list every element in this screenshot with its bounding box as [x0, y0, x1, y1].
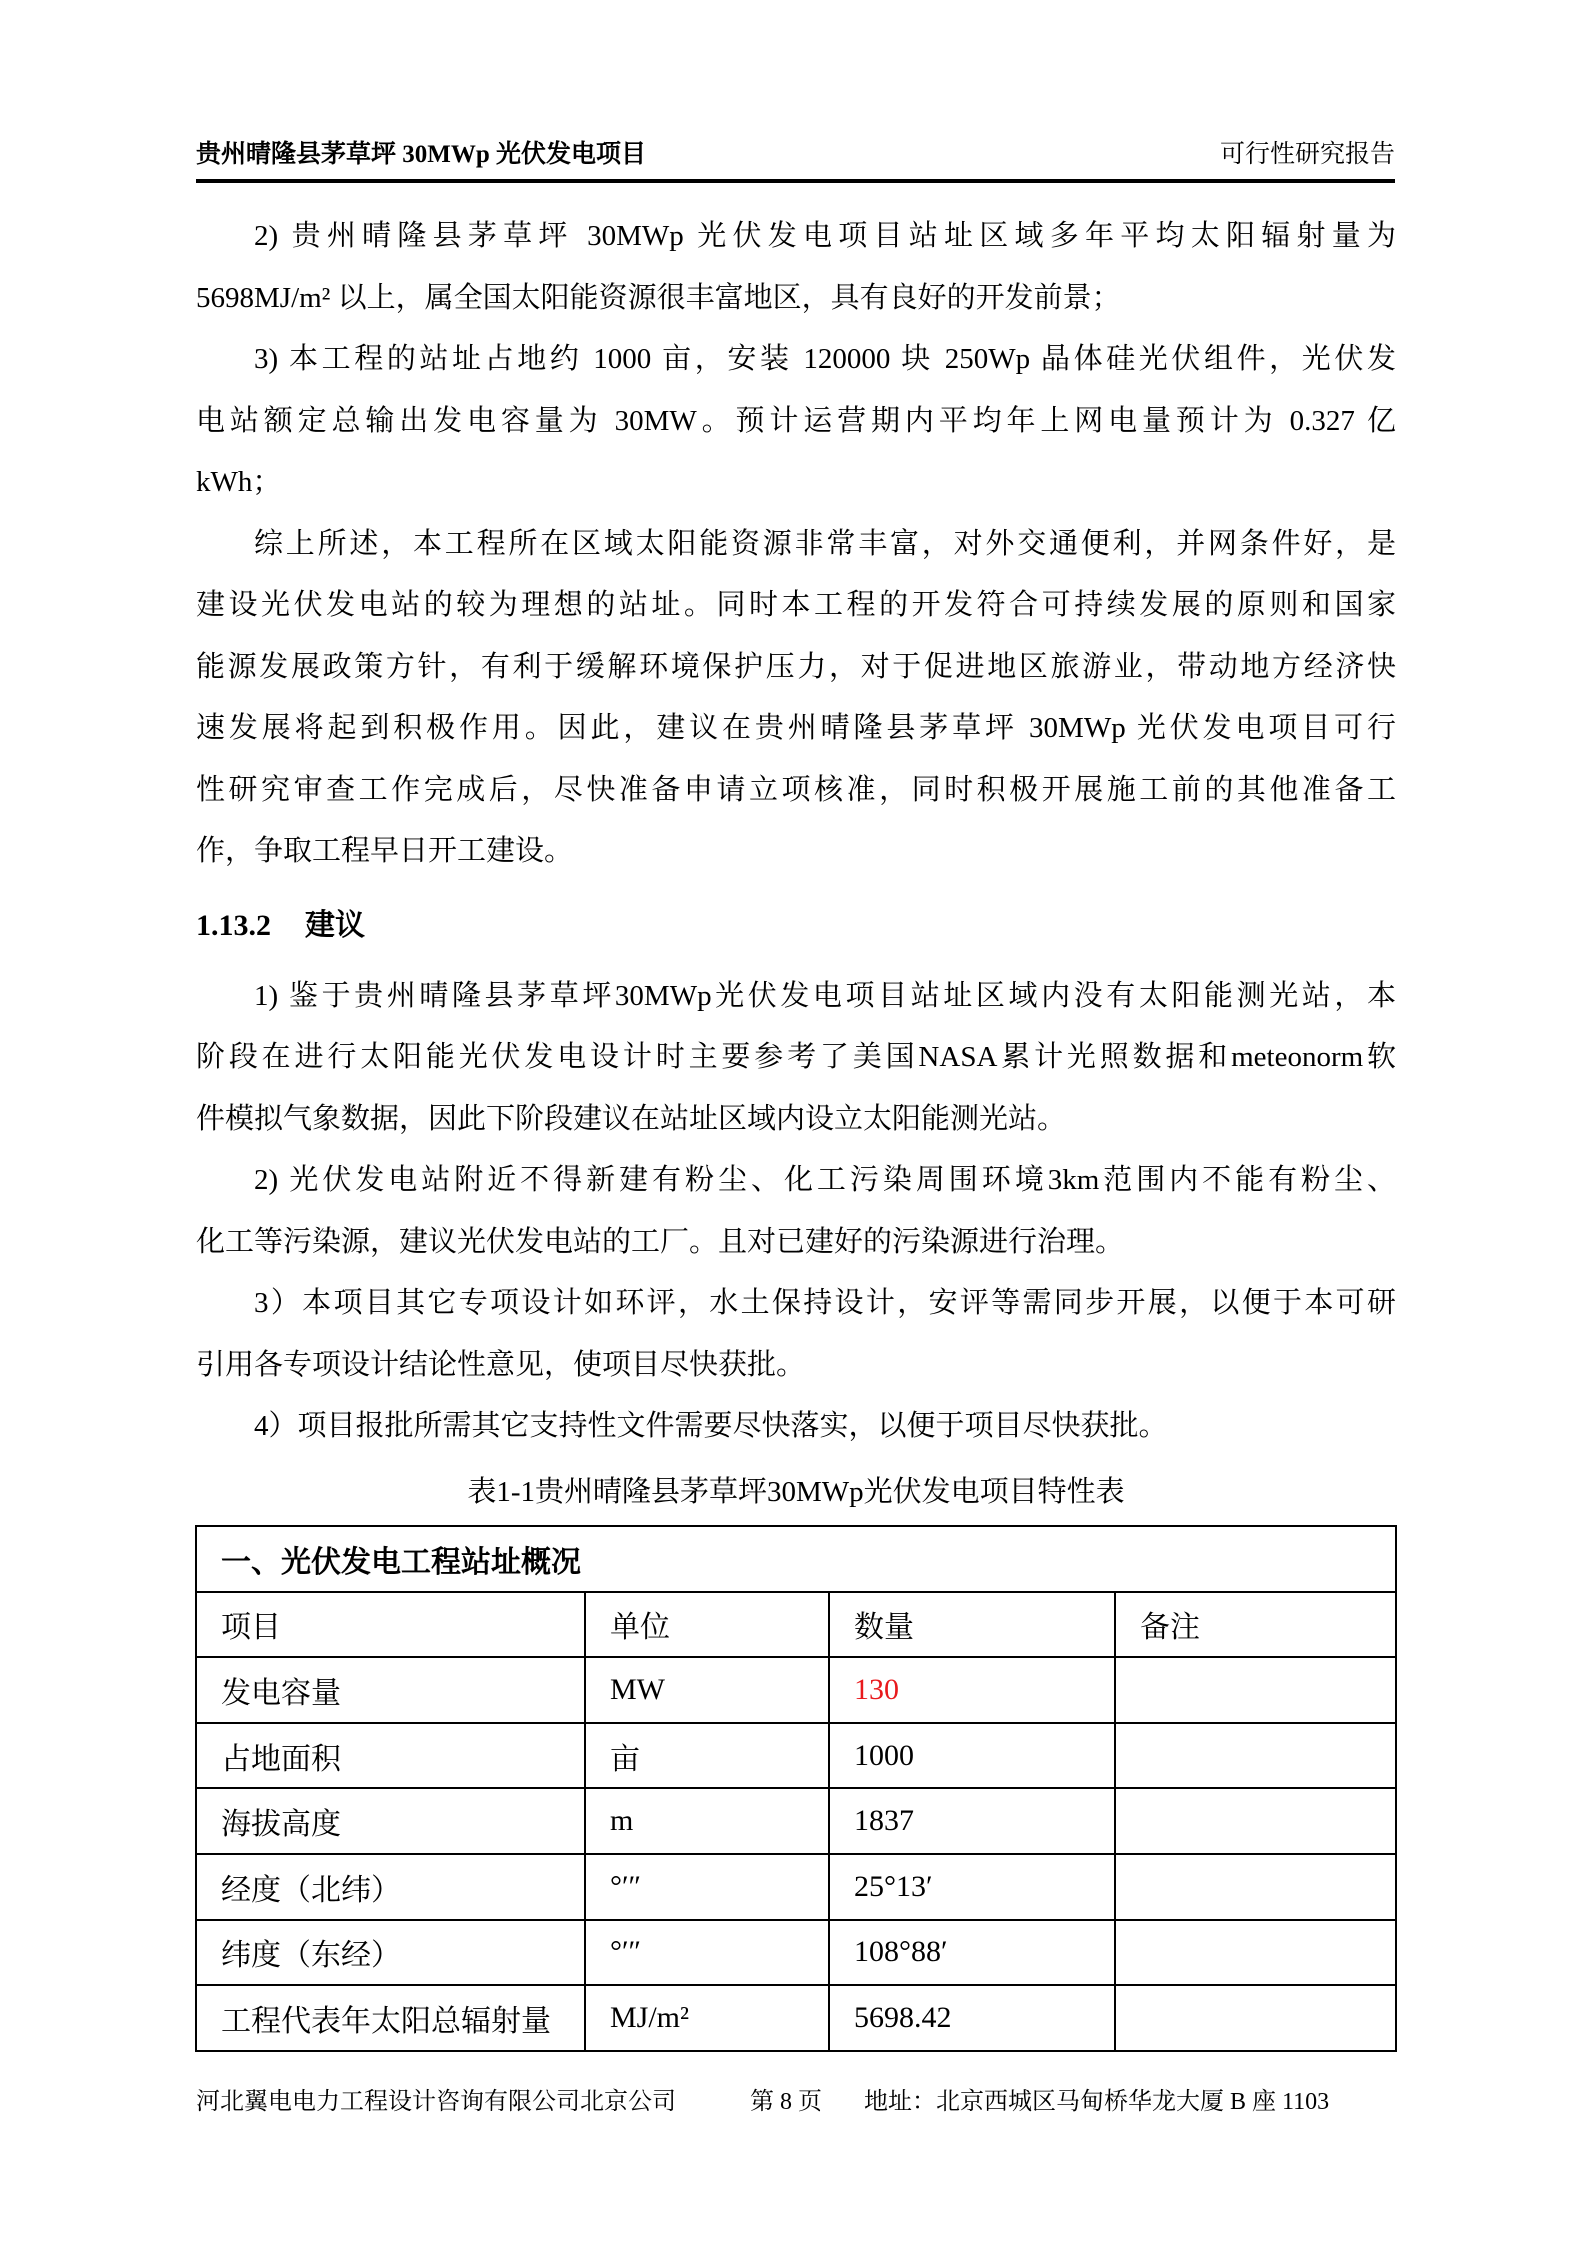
cell-item: 经度（北纬） — [196, 1854, 585, 1920]
section-title: 建议 — [305, 909, 365, 942]
body-line: 2) 贵州晴隆县茅草坪 30MWp 光伏发电项目站址区域多年平均太阳辐射量为 — [196, 206, 1396, 268]
table-row: 海拔高度m1837 — [196, 1788, 1396, 1854]
column-header: 数量 — [829, 1592, 1115, 1658]
body-line: 建设光伏发电站的较为理想的站址。同时本工程的开发符合可持续发展的原则和国家 — [196, 575, 1396, 637]
table-band-row: 一、光伏发电工程站址概况 — [196, 1526, 1396, 1592]
body-line: 能源发展政策方针，有利于缓解环境保护压力，对于促进地区旅游业，带动地方经济快 — [196, 637, 1396, 699]
body-line: 电站额定总输出发电容量为 30MW。预计运营期内平均年上网电量预计为 0.327… — [196, 391, 1396, 453]
section-heading: 1.13.2建议 — [196, 899, 1396, 952]
cell-item: 工程代表年太阳总辐射量 — [196, 1985, 585, 2051]
header-report-type: 可行性研究报告 — [1220, 138, 1395, 172]
page-footer: 河北翼电电力工程设计咨询有限公司北京公司 第 8 页 地址：北京西城区马甸桥华龙… — [196, 2082, 1437, 2122]
cell-item: 海拔高度 — [196, 1788, 585, 1854]
cell-remark — [1115, 1723, 1396, 1789]
cell-value: 1837 — [829, 1788, 1115, 1854]
cell-remark — [1115, 1657, 1396, 1723]
feature-table-body: 项目单位数量备注发电容量MW130占地面积亩1000海拔高度m1837经度（北纬… — [196, 1592, 1396, 2051]
body-line: 综上所述，本工程所在区域太阳能资源非常丰富，对外交通便利，并网条件好，是 — [196, 514, 1396, 576]
body-blocks: 2) 贵州晴隆县茅草坪 30MWp 光伏发电项目站址区域多年平均太阳辐射量为56… — [196, 206, 1396, 1523]
cell-remark — [1115, 1920, 1396, 1986]
body-line: 5698MJ/m² 以上，属全国太阳能资源很丰富地区，具有良好的开发前景； — [196, 268, 1396, 330]
table-row: 占地面积亩1000 — [196, 1723, 1396, 1789]
cell-unit: MJ/m² — [585, 1985, 829, 2051]
body-line: 速发展将起到积极作用。因此，建议在贵州晴隆县茅草坪 30MWp 光伏发电项目可行 — [196, 698, 1396, 760]
cell-value: 130 — [829, 1657, 1115, 1723]
page-header: 贵州晴隆县茅草坪 30MWp 光伏发电项目 可行性研究报告 — [196, 138, 1395, 172]
header-rule — [196, 179, 1395, 183]
table-caption: 表1-1贵州晴隆县茅草坪30MWp光伏发电项目特性表 — [196, 1462, 1396, 1524]
cell-unit: MW — [585, 1657, 829, 1723]
table-band-title: 一、光伏发电工程站址概况 — [196, 1526, 1396, 1592]
body-line: 3) 本工程的站址占地约 1000 亩，安装 120000 块 250Wp 晶体… — [196, 329, 1396, 391]
cell-remark — [1115, 1854, 1396, 1920]
cell-remark — [1115, 1985, 1396, 2051]
cell-item: 纬度（东经） — [196, 1920, 585, 1986]
cell-unit: 亩 — [585, 1723, 829, 1789]
body-line: 4）项目报批所需其它支持性文件需要尽快落实，以便于项目尽快获批。 — [196, 1396, 1396, 1458]
footer-company: 河北翼电电力工程设计咨询有限公司北京公司 — [196, 2089, 676, 2115]
body-line: 1) 鉴于贵州晴隆县茅草坪30MWp光伏发电项目站址区域内没有太阳能测光站，本 — [196, 966, 1396, 1028]
column-header: 备注 — [1115, 1592, 1396, 1658]
cell-item: 发电容量 — [196, 1657, 585, 1723]
footer-address: 地址：北京西城区马甸桥华龙大厦 B 座 1103 — [864, 2089, 1329, 2115]
cell-item: 占地面积 — [196, 1723, 585, 1789]
header-project-title: 贵州晴隆县茅草坪 30MWp 光伏发电项目 — [196, 138, 646, 172]
document-page: { "header": { "left_title": "贵州晴隆县茅草坪 30… — [0, 0, 1587, 2245]
cell-value: 25°13′ — [829, 1854, 1115, 1920]
cell-unit: m — [585, 1788, 829, 1854]
body-line: 引用各专项设计结论性意见，使项目尽快获批。 — [196, 1335, 1396, 1397]
cell-value: 1000 — [829, 1723, 1115, 1789]
cell-value: 5698.42 — [829, 1985, 1115, 2051]
section-number: 1.13.2 — [196, 909, 271, 942]
column-header: 单位 — [585, 1592, 829, 1658]
cell-remark — [1115, 1788, 1396, 1854]
body-line: 化工等污染源，建议光伏发电站的工厂。且对已建好的污染源进行治理。 — [196, 1212, 1396, 1274]
table-row: 经度（北纬）°′″25°13′ — [196, 1854, 1396, 1920]
cell-unit: °′″ — [585, 1854, 829, 1920]
body-line: 3）本项目其它专项设计如环评，水土保持设计，安评等需同步开展，以便于本可研 — [196, 1273, 1396, 1335]
body-line: 性研究审查工作完成后，尽快准备申请立项核准，同时积极开展施工前的其他准备工 — [196, 760, 1396, 822]
body-line: 件模拟气象数据，因此下阶段建议在站址区域内设立太阳能测光站。 — [196, 1089, 1396, 1151]
body-line: 2) 光伏发电站附近不得新建有粉尘、化工污染周围环境3km范围内不能有粉尘、 — [196, 1150, 1396, 1212]
body-line: 作，争取工程早日开工建设。 — [196, 821, 1396, 883]
column-header-row: 项目单位数量备注 — [196, 1592, 1396, 1658]
body-line: 阶段在进行太阳能光伏发电设计时主要参考了美国NASA累计光照数据和meteono… — [196, 1027, 1396, 1089]
table-row: 工程代表年太阳总辐射量MJ/m²5698.42 — [196, 1985, 1396, 2051]
column-header: 项目 — [196, 1592, 585, 1658]
footer-page-number: 第 8 页 — [750, 2089, 822, 2115]
body-line: kWh； — [196, 452, 1396, 514]
cell-unit: °′″ — [585, 1920, 829, 1986]
cell-value: 108°88′ — [829, 1920, 1115, 1986]
table-row: 发电容量MW130 — [196, 1657, 1396, 1723]
feature-table: 一、光伏发电工程站址概况 项目单位数量备注发电容量MW130占地面积亩1000海… — [195, 1525, 1397, 2052]
table-row: 纬度（东经）°′″108°88′ — [196, 1920, 1396, 1986]
